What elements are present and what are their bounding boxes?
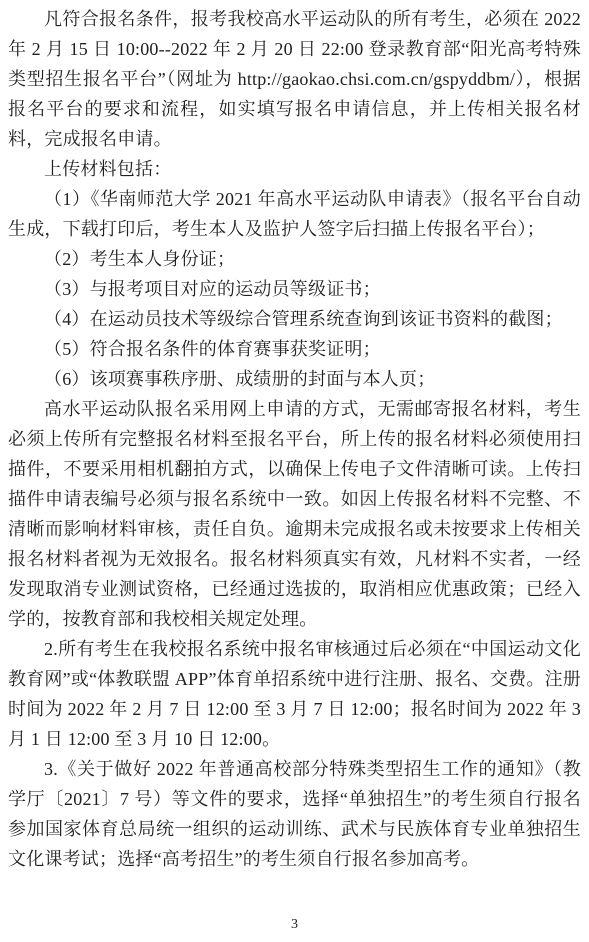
paragraph-material-item-2: （2）考生本人身份证；	[8, 244, 581, 274]
paragraph-item-2-sports-registration: 2.所有考生在我校报名系统中报名审核通过后必须在“中国运动文化教育网”或“体教联…	[8, 634, 581, 754]
paragraph-material-item-3: （3）与报考项目对应的运动员等级证书；	[8, 274, 581, 304]
paragraph-material-item-6: （6）该项赛事秩序册、成绩册的封面与本人页；	[8, 364, 581, 394]
paragraph-material-item-4: （4）在运动员技术等级综合管理系统查询到该证书资料的截图；	[8, 304, 581, 334]
paragraph-upload-materials-heading: 上传材料包括：	[8, 154, 581, 184]
page-number: 3	[291, 917, 298, 932]
paragraph-material-item-1: （1）《华南师范大学 2021 年高水平运动队申请表》（报名平台自动生成，下载打…	[8, 184, 581, 244]
page-footer: 3	[0, 916, 589, 934]
document-page: 凡符合报名条件，报考我校高水平运动队的所有考生，必须在 2022 年 2 月 1…	[0, 0, 589, 942]
paragraph-item-3-exam-requirements: 3.《关于做好 2022 年普通高校部分特殊类型招生工作的通知》（教学厅〔202…	[8, 754, 581, 874]
paragraph-online-application-rules: 高水平运动队报名采用网上申请的方式，无需邮寄报名材料，考生必须上传所有完整报名材…	[8, 394, 581, 634]
paragraph-material-item-5: （5）符合报名条件的体育赛事获奖证明；	[8, 334, 581, 364]
document-body: 凡符合报名条件，报考我校高水平运动队的所有考生，必须在 2022 年 2 月 1…	[8, 4, 581, 882]
paragraph-registration-platform: 凡符合报名条件，报考我校高水平运动队的所有考生，必须在 2022 年 2 月 1…	[8, 4, 581, 154]
